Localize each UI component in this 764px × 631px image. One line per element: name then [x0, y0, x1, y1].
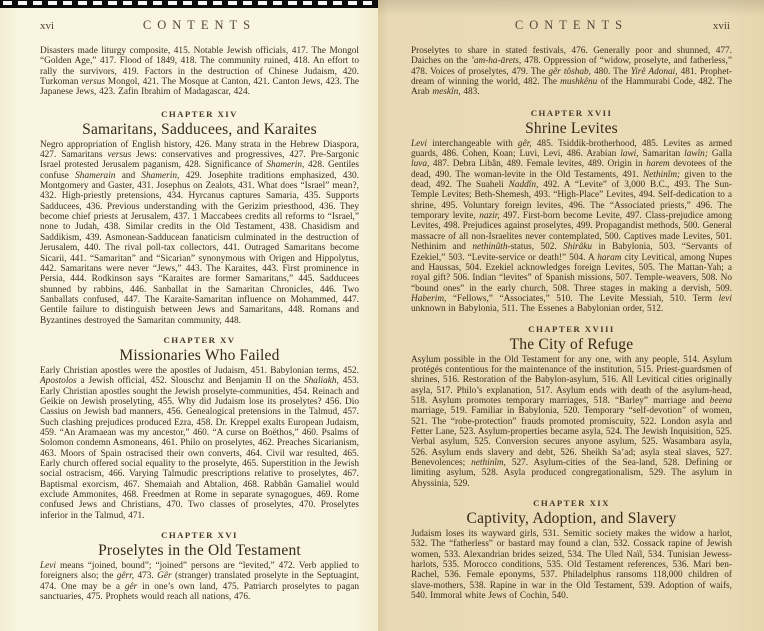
page-number-right: xvii: [713, 20, 730, 32]
right-page-header: CONTENTS xvii: [411, 18, 732, 34]
left-page-content: xvi CONTENTS Disasters made liturgy comp…: [0, 0, 378, 602]
contents-running-head-left: CONTENTS: [40, 18, 359, 33]
chapter-15-title: Missionaries Who Failed: [40, 347, 359, 364]
chapter-17-body: Levi interchangeable with gêr, 485. Tsid…: [411, 139, 732, 315]
continuation-paragraph-right: Proselytes to share in stated festivals,…: [411, 46, 732, 98]
chapter-16-body: Levi means “joined, bound”; “joined” per…: [40, 561, 359, 602]
book-spread: xvi CONTENTS Disasters made liturgy comp…: [0, 0, 764, 631]
chapter-16-title: Proselytes in the Old Testament: [40, 542, 359, 559]
chapter-18-section: CHAPTER XVIII The City of Refuge Asylum …: [411, 324, 732, 489]
continuation-paragraph-left: Disasters made liturgy composite, 415. N…: [40, 46, 359, 98]
chapter-17-title: Shrine Levites: [411, 120, 732, 137]
chapter-19-title: Captivity, Adoption, and Slavery: [411, 510, 732, 527]
chapter-19-label: CHAPTER XIX: [411, 498, 732, 508]
chapter-17-section: CHAPTER XVII Shrine Levites Levi interch…: [411, 108, 732, 315]
chapter-14-title: Samaritans, Sadducees, and Karaites: [40, 121, 359, 138]
right-page: CONTENTS xvii Proselytes to share in sta…: [378, 0, 764, 631]
chapter-18-label: CHAPTER XVIII: [411, 324, 732, 334]
chapter-15-label: CHAPTER XV: [40, 335, 359, 345]
chapter-18-title: The City of Refuge: [411, 336, 732, 353]
chapter-15-body: Early Christian apostles were the apostl…: [40, 366, 359, 521]
chapter-16-label: CHAPTER XVI: [40, 530, 359, 540]
page-number-left: xvi: [40, 20, 54, 32]
chapter-14-body: Negro appropriation of English history, …: [40, 140, 359, 326]
left-page: xvi CONTENTS Disasters made liturgy comp…: [0, 0, 378, 631]
contents-running-head-right: CONTENTS: [411, 18, 732, 33]
chapter-18-body: Asylum possible in the Old Testament for…: [411, 355, 732, 489]
chapter-14-section: CHAPTER XIV Samaritans, Sadducees, and K…: [40, 109, 359, 326]
filmstrip-decoration: [0, 0, 378, 8]
chapter-19-body: Judaism loses its wayward girls, 531. Se…: [411, 529, 732, 601]
chapter-16-section: CHAPTER XVI Proselytes in the Old Testam…: [40, 530, 359, 602]
chapter-19-section: CHAPTER XIX Captivity, Adoption, and Sla…: [411, 498, 732, 601]
chapter-17-label: CHAPTER XVII: [411, 108, 732, 118]
left-page-header: xvi CONTENTS: [40, 18, 359, 34]
chapter-15-section: CHAPTER XV Missionaries Who Failed Early…: [40, 335, 359, 521]
right-page-content: CONTENTS xvii Proselytes to share in sta…: [378, 0, 764, 601]
chapter-14-label: CHAPTER XIV: [40, 109, 359, 119]
